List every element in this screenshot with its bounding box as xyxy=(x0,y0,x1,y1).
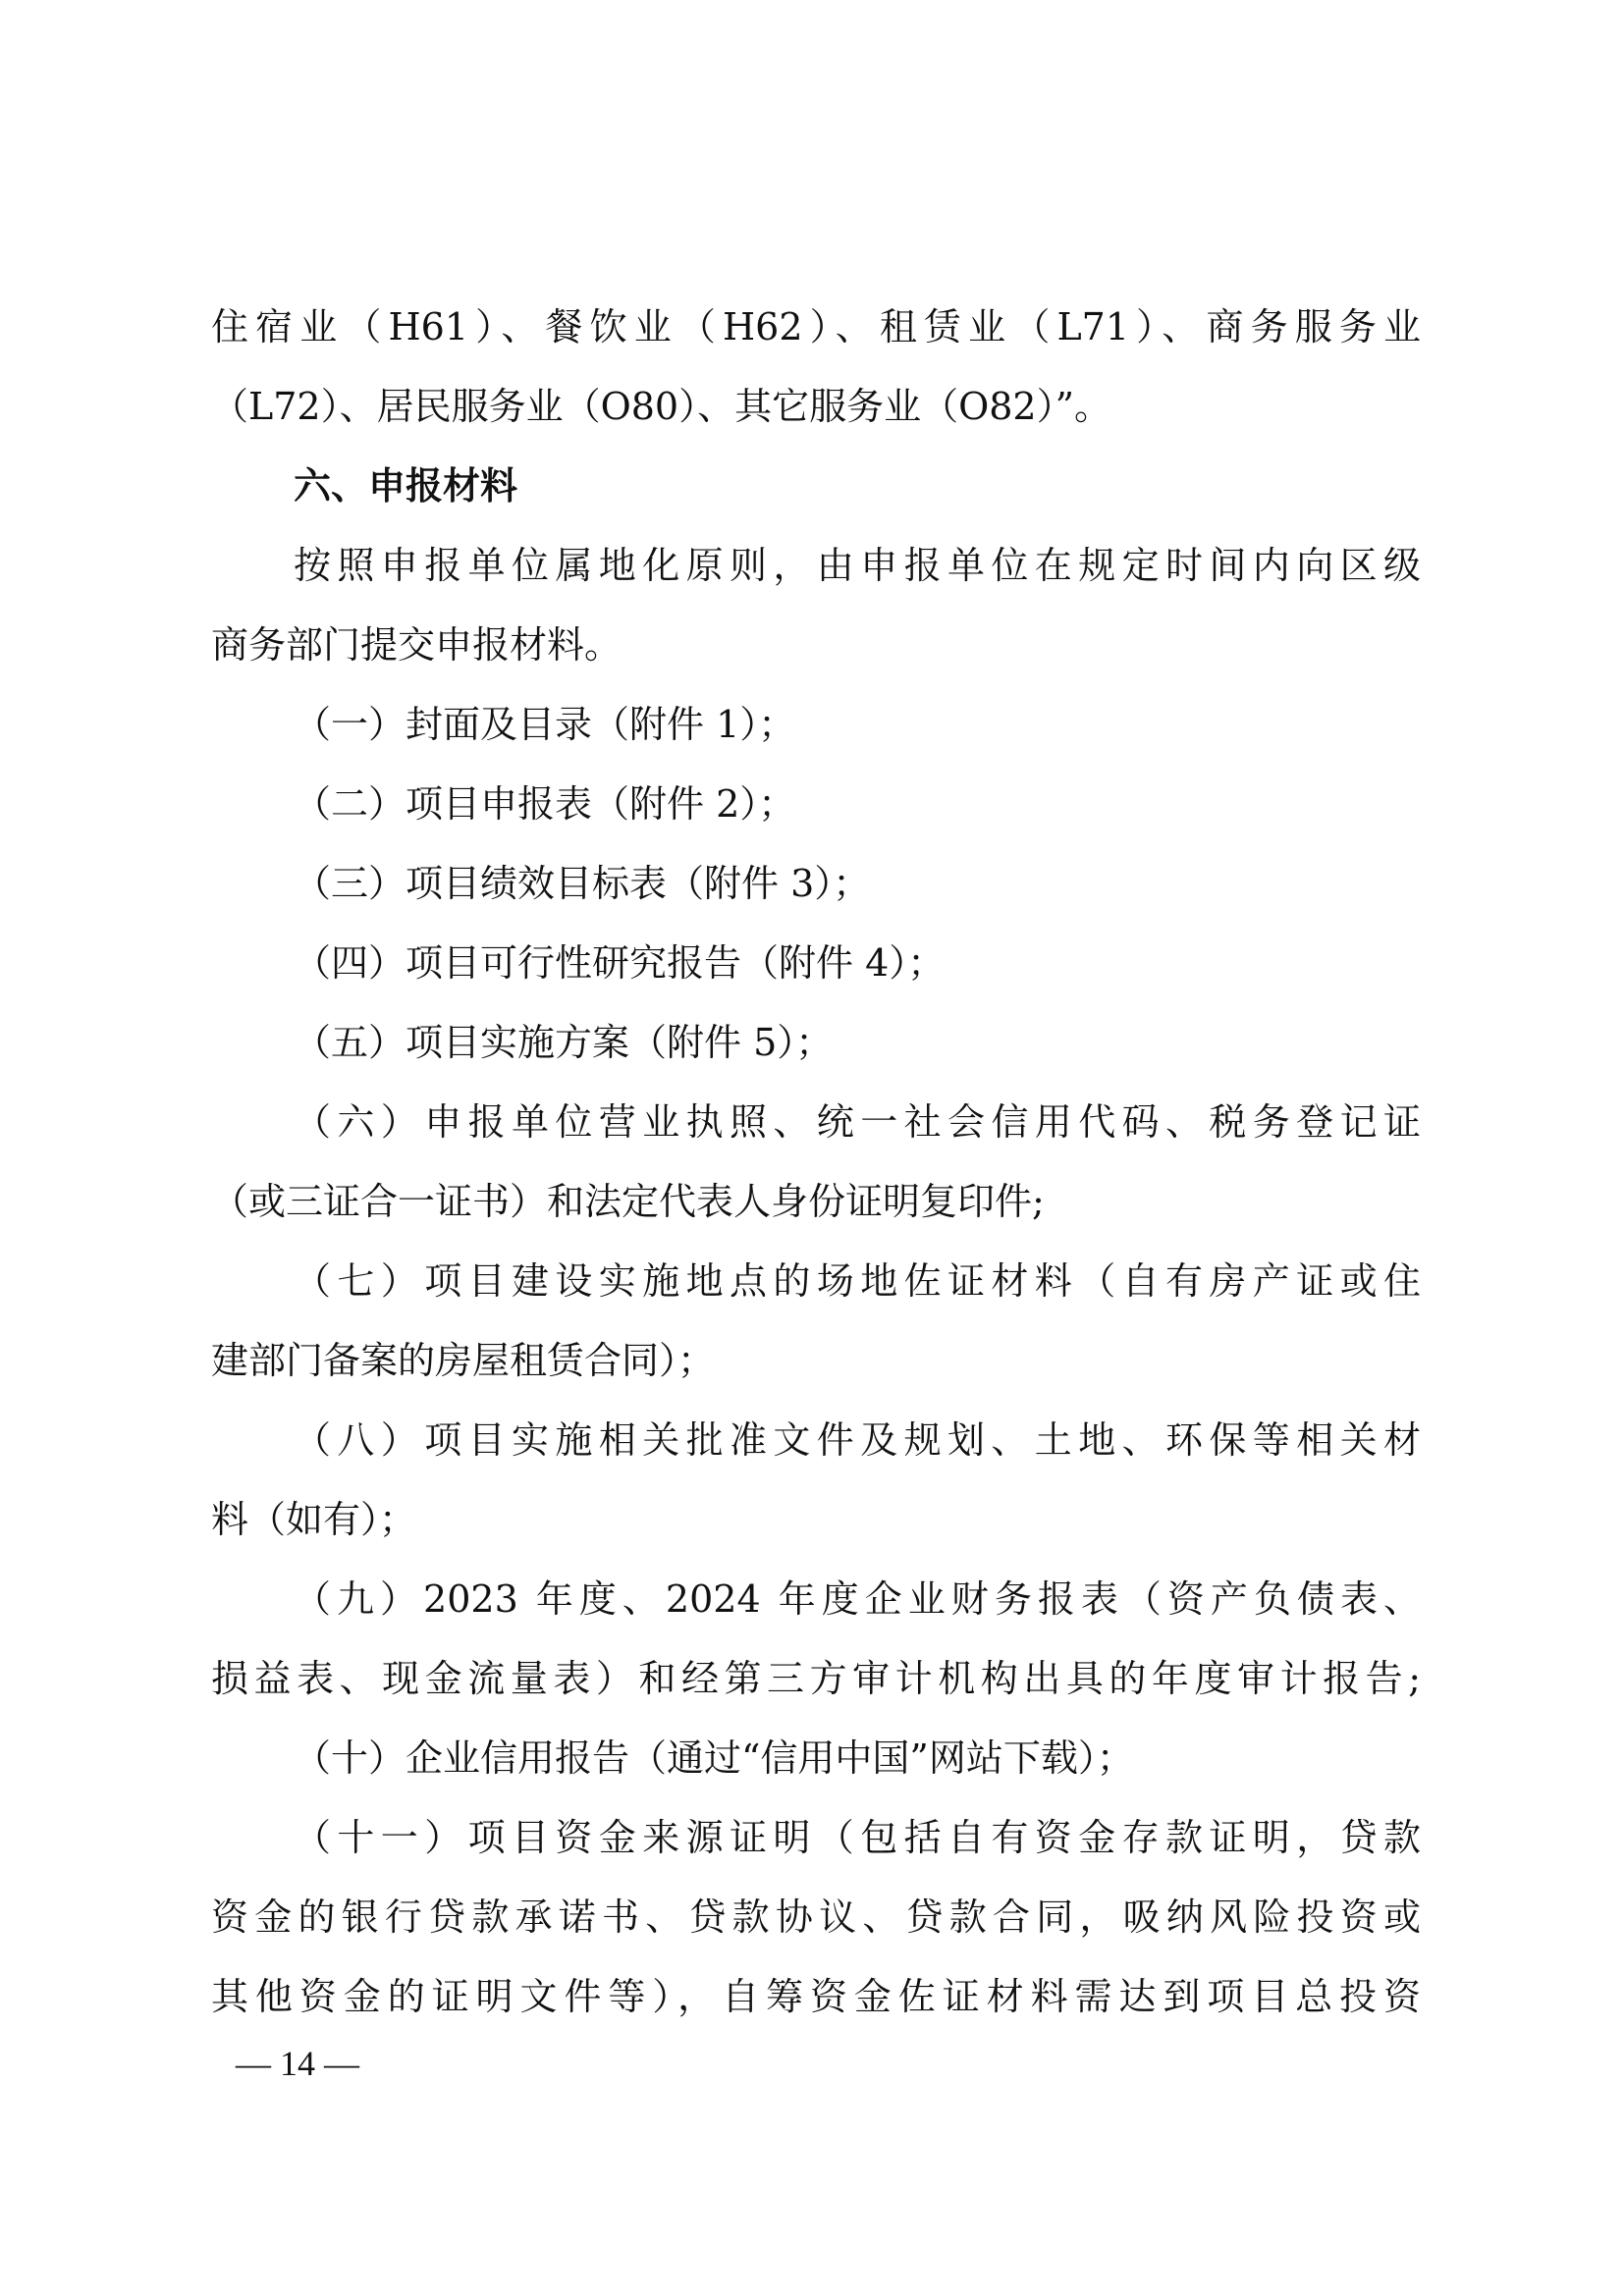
text-line: （或三证合一证书）和法定代表人身份证明复印件; xyxy=(211,1169,1421,1249)
list-item-11: （十一）项目资金来源证明（包括自有资金存款证明，贷款 资金的银行贷款承诺书、贷款… xyxy=(211,1805,1421,2044)
text-line: （六）申报单位营业执照、统一社会信用代码、税务登记证 xyxy=(211,1090,1421,1169)
text-line: 资金的银行贷款承诺书、贷款协议、贷款合同，吸纳风险投资或 xyxy=(211,1885,1421,1964)
text-line: 其他资金的证明文件等），自筹资金佐证材料需达到项目总投资 xyxy=(211,1964,1421,2044)
paragraph-industry-list: 住宿业（H61）、餐饮业（H62）、租赁业（L71）、商务服务业 （L72）、居… xyxy=(211,294,1421,454)
list-item-10: （十）企业信用报告（通过“信用中国”网站下载）； xyxy=(211,1726,1421,1805)
list-item-7: （七）项目建设实施地点的场地佐证材料（自有房产证或住 建部门备案的房屋租赁合同）… xyxy=(211,1249,1421,1408)
list-item-1: （一）封面及目录（附件 1）； xyxy=(211,692,1421,772)
materials-list: （一）封面及目录（附件 1）； （二）项目申报表（附件 2）； （三）项目绩效目… xyxy=(211,692,1421,2044)
text-line: （十一）项目资金来源证明（包括自有资金存款证明，贷款 xyxy=(211,1805,1421,1885)
text-line: 建部门备案的房屋租赁合同）； xyxy=(211,1328,1421,1408)
text-line: 商务部门提交申报材料。 xyxy=(211,613,1421,692)
list-item-5: （五）项目实施方案（附件 5）； xyxy=(211,1010,1421,1090)
text-line: 料（如有）； xyxy=(211,1487,1421,1567)
text-line: （八）项目实施相关批准文件及规划、土地、环保等相关材 xyxy=(211,1408,1421,1487)
list-item-2: （二）项目申报表（附件 2）； xyxy=(211,772,1421,851)
list-item-9: （九）2023 年度、2024 年度企业财务报表（资产负债表、 损益表、现金流量… xyxy=(211,1567,1421,1726)
section-heading: 六、申报材料 xyxy=(211,454,1421,533)
text-line: （L72）、居民服务业（O80）、其它服务业（O82）”。 xyxy=(211,374,1421,454)
paragraph-intro: 按照申报单位属地化原则，由申报单位在规定时间内向区级 商务部门提交申报材料。 xyxy=(211,533,1421,692)
list-item-4: （四）项目可行性研究报告（附件 4）； xyxy=(211,931,1421,1010)
document-page: 住宿业（H61）、餐饮业（H62）、租赁业（L71）、商务服务业 （L72）、居… xyxy=(211,294,1421,2044)
text-line: 损益表、现金流量表）和经第三方审计机构出具的年度审计报告; xyxy=(211,1646,1421,1726)
text-line: （七）项目建设实施地点的场地佐证材料（自有房产证或住 xyxy=(211,1249,1421,1328)
page-number: — 14 — xyxy=(236,2042,359,2085)
text-line: （九）2023 年度、2024 年度企业财务报表（资产负债表、 xyxy=(211,1567,1421,1646)
text-line: 按照申报单位属地化原则，由申报单位在规定时间内向区级 xyxy=(211,533,1421,613)
list-item-8: （八）项目实施相关批准文件及规划、土地、环保等相关材 料（如有）； xyxy=(211,1408,1421,1567)
list-item-6: （六）申报单位营业执照、统一社会信用代码、税务登记证 （或三证合一证书）和法定代… xyxy=(211,1090,1421,1249)
list-item-3: （三）项目绩效目标表（附件 3）； xyxy=(211,851,1421,931)
text-line: 住宿业（H61）、餐饮业（H62）、租赁业（L71）、商务服务业 xyxy=(211,294,1421,374)
